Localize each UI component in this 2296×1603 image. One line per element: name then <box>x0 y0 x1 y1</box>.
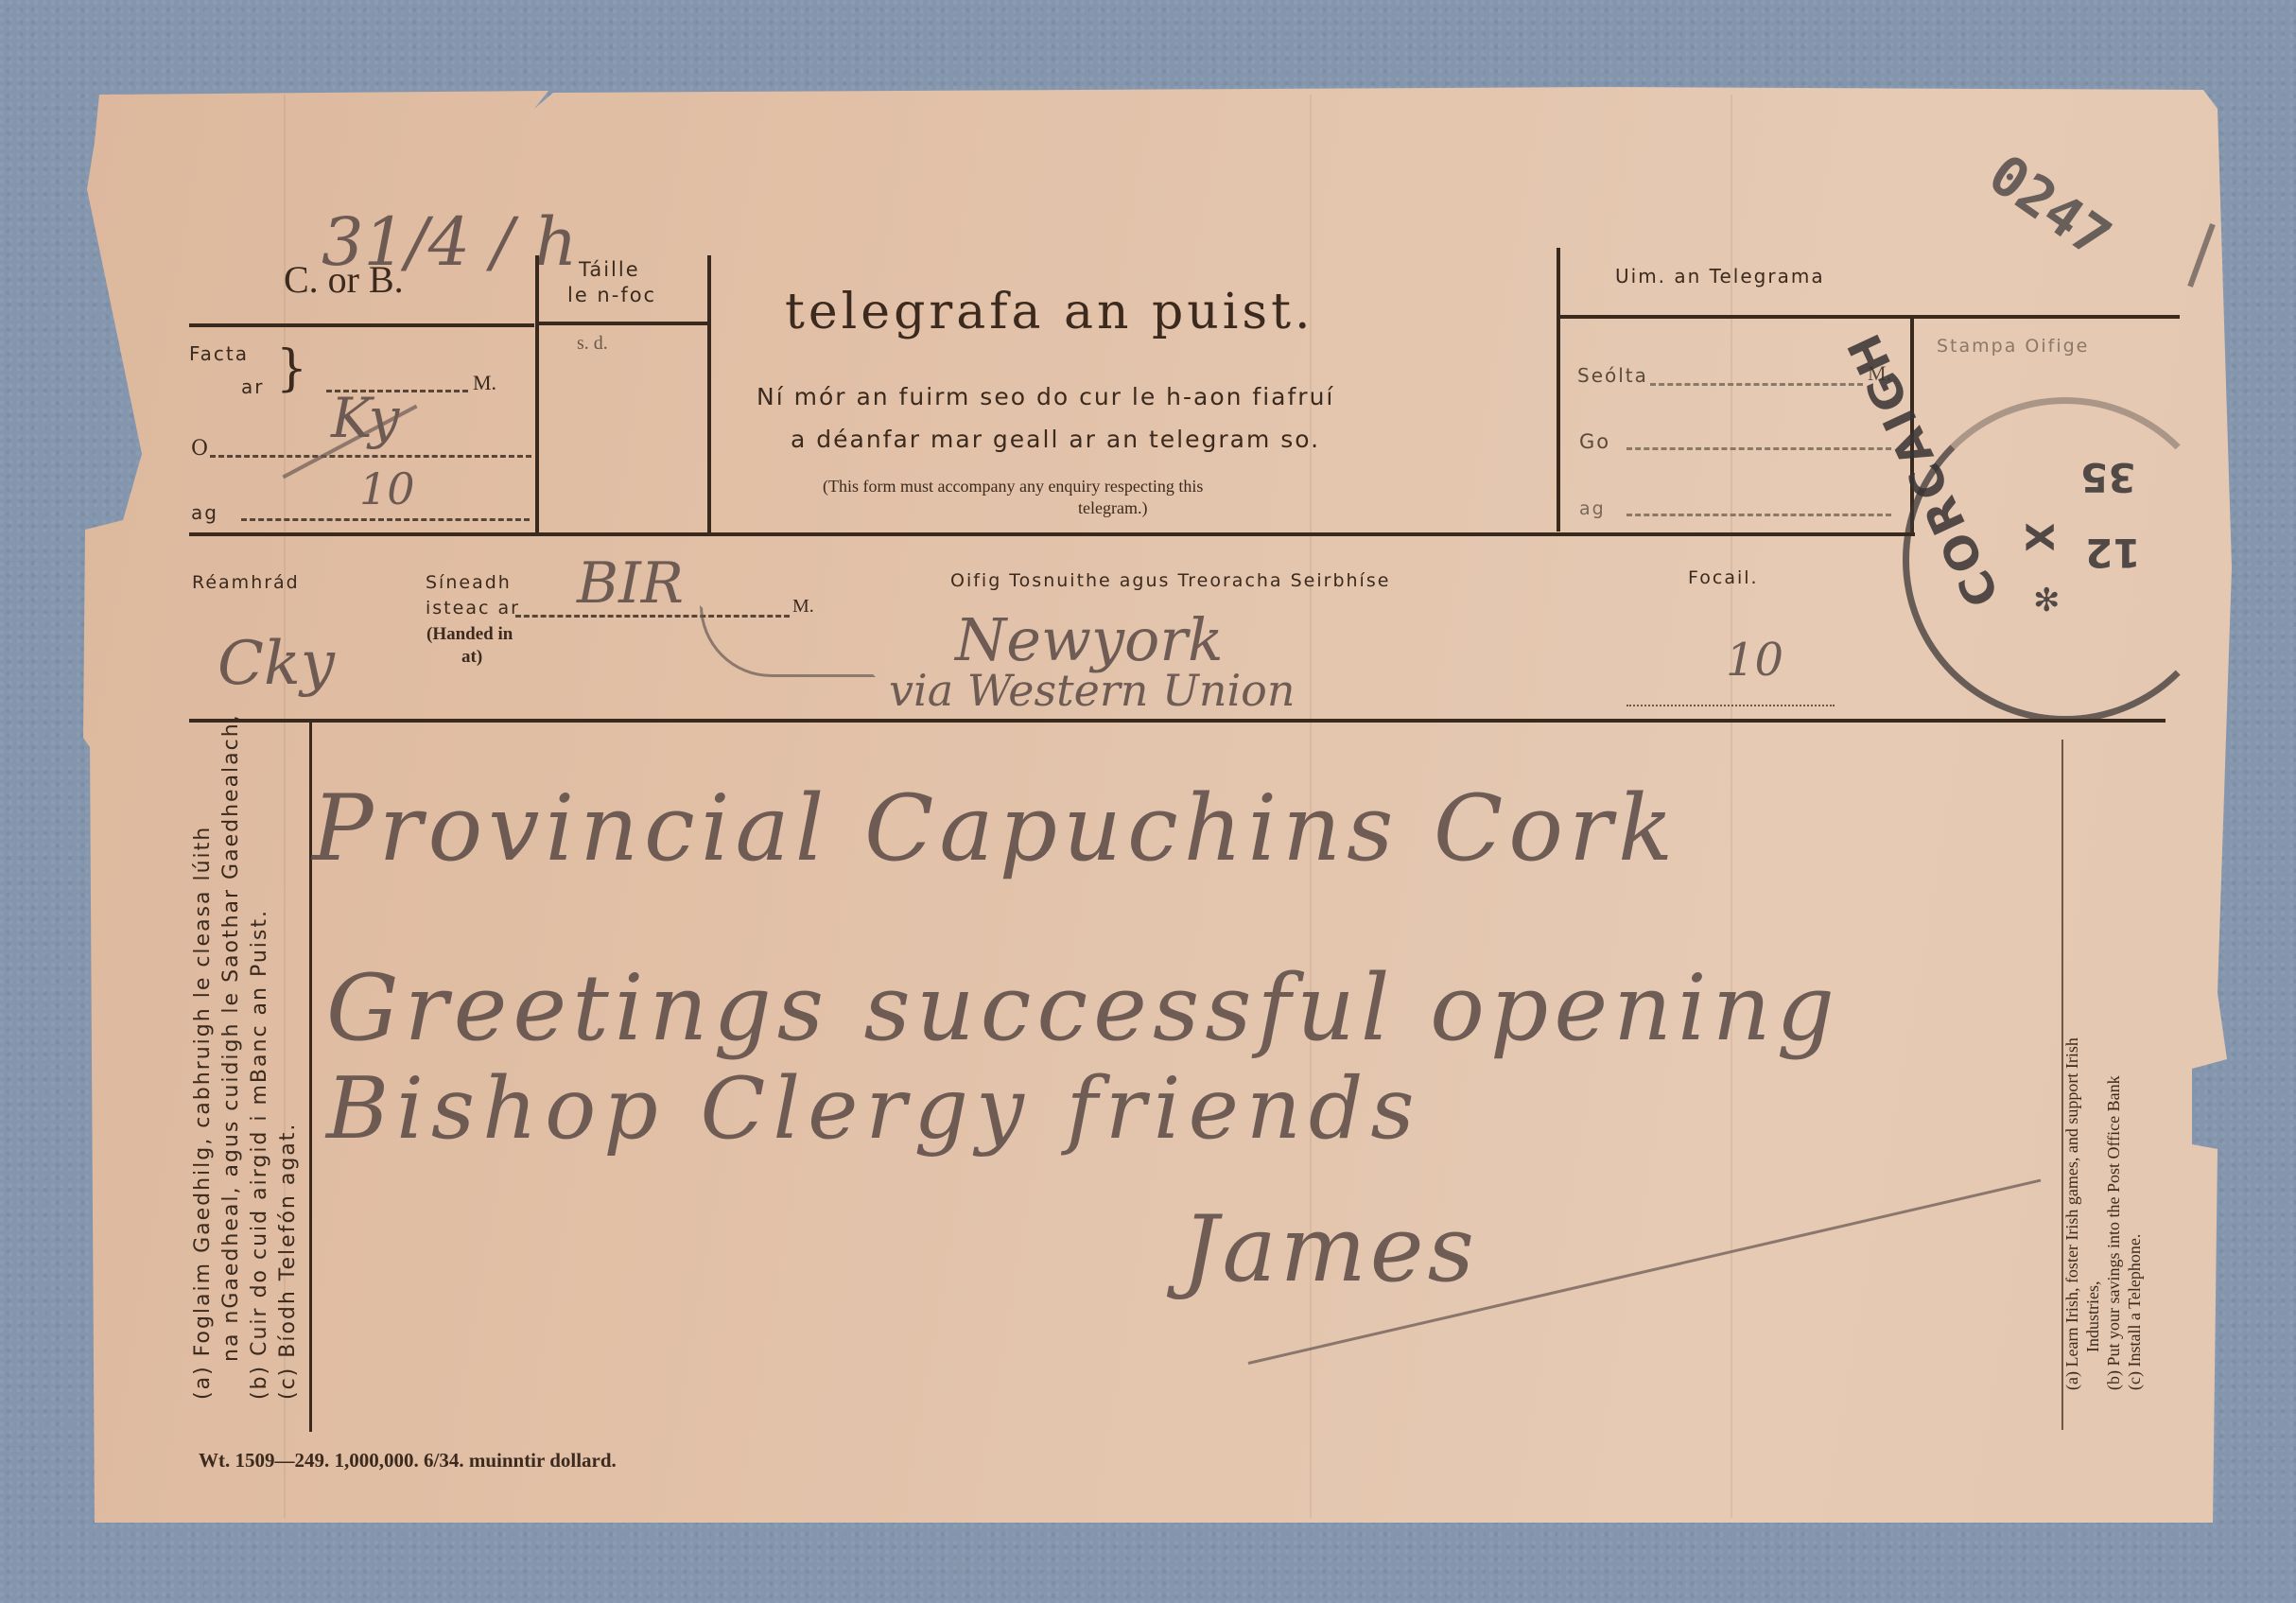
charges-label-1: Táille <box>579 258 640 281</box>
message-line-2: Greetings successful opening <box>326 955 1840 1061</box>
words-field[interactable] <box>1626 705 1835 706</box>
paper-fold <box>1731 95 1732 1518</box>
postmark-star-icon: ✻ <box>2033 582 2061 619</box>
divider <box>189 532 1915 536</box>
side-notes-english: (a) Learn Irish, foster Irish games, and… <box>2061 1037 2145 1390</box>
office-value-2: via Western Union <box>889 665 1295 716</box>
signature: James <box>1182 1196 1478 1302</box>
brace: } <box>276 340 307 397</box>
divider <box>1557 248 1560 531</box>
handed-in-label-en-1: (Handed in <box>426 624 513 645</box>
currency-label: s. d. <box>577 333 608 355</box>
sent-field[interactable] <box>1650 383 1863 386</box>
handed-in-label-2: isteac ar <box>426 598 520 619</box>
office-stamp-label: Stampa Oifige <box>1937 336 2089 357</box>
side-notes-irish: (a) Foglaim Gaedhilg, cabhruigh le cleas… <box>189 713 303 1400</box>
facta-label: Facta <box>189 342 249 365</box>
to-label: Go <box>1579 430 1610 453</box>
footer-imprint: Wt. 1509—249. 1,000,000. 6/34. muinntir … <box>199 1449 617 1472</box>
to-field[interactable] <box>1626 447 1891 450</box>
side-note-english-c: (c) Install a Telephone. <box>2124 1037 2145 1390</box>
postmark-year: 35 <box>2080 454 2135 500</box>
handwritten-ag: 10 <box>359 463 415 514</box>
notice-english-1: (This form must accompany any enquiry re… <box>823 477 1203 497</box>
o-field[interactable] <box>210 455 531 458</box>
divider <box>189 323 534 327</box>
words-label: Focail. <box>1688 567 1759 588</box>
message-line-3: Bishop Clergy friends <box>326 1059 1422 1159</box>
o-label: O <box>191 437 208 461</box>
notice-irish-2: a déanfar mar geall ar an telegram so. <box>791 426 1320 453</box>
charges-label-2: le n-foc <box>567 284 656 306</box>
postmark-month: X <box>2016 523 2060 552</box>
notice-english-2: telegram.) <box>1078 498 1147 518</box>
postmark-day: 12 <box>2085 530 2140 576</box>
ar-suffix: M. <box>473 371 496 395</box>
by-label: ag <box>1579 498 1606 519</box>
side-note-irish-c: (c) Bíodh Telefón agat. <box>274 713 303 1400</box>
form-title: telegrafa an puist. <box>785 284 1314 340</box>
divider <box>189 719 2166 723</box>
side-note-irish-b: (b) Cuir do cuid airgid i mBanc an Puist… <box>246 713 274 1400</box>
office-label: Oifig Tosnuithe agus Treoracha Seirbhíse <box>950 570 1390 591</box>
handed-in-label-en-2: at) <box>461 647 482 668</box>
telegram-number-label: Uim. an Telegrama <box>1615 265 1825 287</box>
message-line-1: Provincial Capuchins Cork <box>312 775 1679 881</box>
side-note-english-b: (b) Put your savings into the Post Offic… <box>2103 1037 2124 1390</box>
handed-in-label-1: Síneadh <box>426 572 512 593</box>
handed-in-value: BIR <box>577 550 684 617</box>
remarks-label: Réamhrád <box>192 572 300 593</box>
side-note-english-a1: (a) Learn Irish, foster Irish games, and… <box>2061 1037 2082 1390</box>
remarks-value: Cky <box>217 629 335 699</box>
ar-label: ar <box>241 375 264 398</box>
by-field[interactable] <box>1626 514 1891 516</box>
words-value: 10 <box>1726 634 1783 687</box>
side-note-english-a2: Industries, <box>2082 1037 2103 1390</box>
divider <box>707 255 711 534</box>
divider <box>539 322 709 325</box>
side-note-irish-a2: na nGaedheal, agus cuidigh le Saothar Ga… <box>217 713 246 1400</box>
ag-label: ag <box>191 501 218 524</box>
notice-irish-1: Ní mór an fuirm seo do cur le h-aon fiaf… <box>757 383 1334 410</box>
sent-label: Seólta <box>1577 364 1648 387</box>
side-note-irish-a1: (a) Foglaim Gaedhilg, cabhruigh le cleas… <box>189 713 217 1400</box>
divider <box>1560 315 2180 319</box>
divider <box>535 255 539 534</box>
ag-field[interactable] <box>241 518 530 521</box>
